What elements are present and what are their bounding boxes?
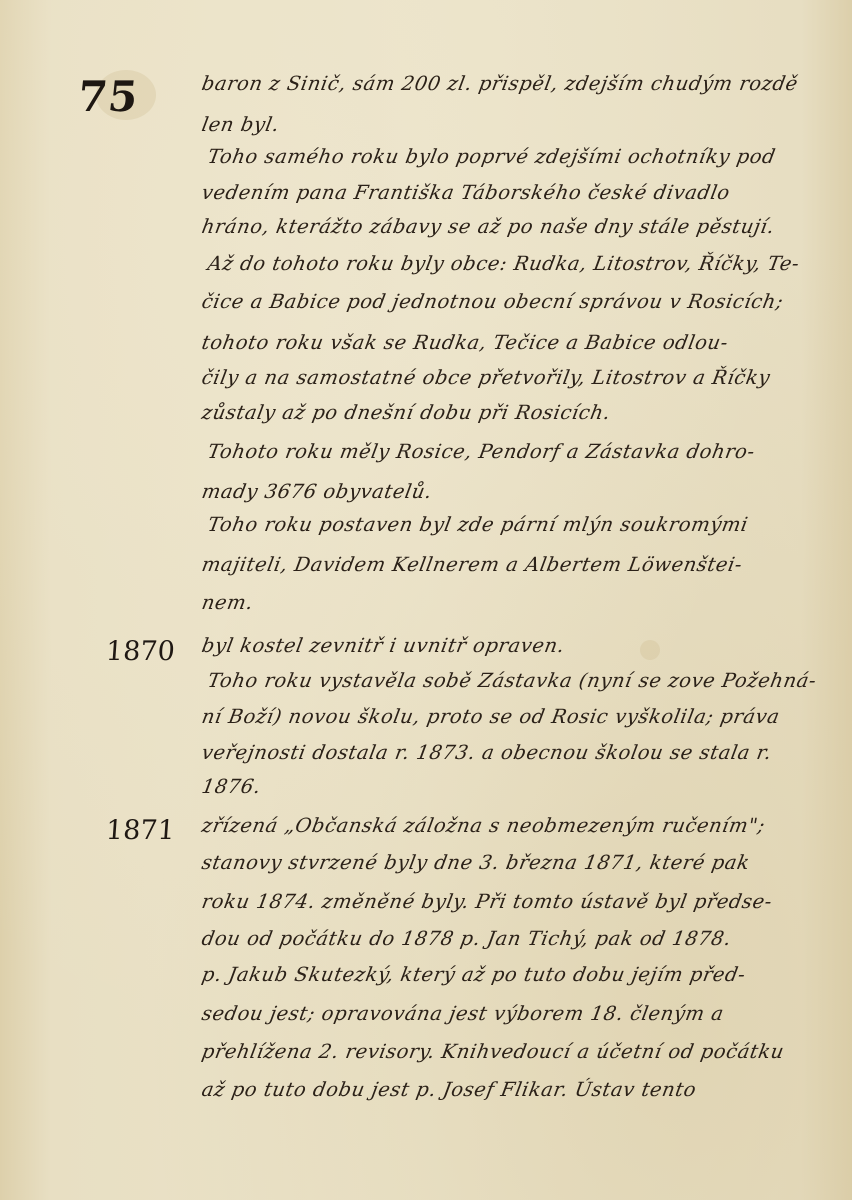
text-line: p. Jakub Skutezký, který až po tuto dobu… — [200, 963, 804, 986]
text-line: Toho roku vystavěla sobě Zástavka (nyní … — [206, 669, 810, 692]
text-line: vedením pana Františka Táborského české … — [200, 181, 804, 204]
text-line: sedou jest; opravována jest výborem 18. … — [200, 1002, 804, 1025]
text-line: Až do tohoto roku byly obce: Rudka, Lito… — [206, 252, 810, 275]
text-line: len byl. — [200, 113, 804, 136]
text-line: zůstaly až po dnešní dobu při Rosicích. — [200, 401, 804, 424]
text-line: baron z Sinič, sám 200 zl. přispěl, zdej… — [200, 72, 804, 95]
text-line: čily a na samostatné obce přetvořily, Li… — [200, 366, 804, 389]
text-line: dou od počátku do 1878 p. Jan Tichý, pak… — [200, 927, 804, 950]
text-line: byl kostel zevnitř i uvnitř opraven. — [200, 634, 804, 657]
manuscript-page: 75 baron z Sinič, sám 200 zl. přispěl, z… — [0, 0, 852, 1200]
text-line: Tohoto roku měly Rosice, Pendorf a Zásta… — [206, 440, 810, 463]
text-line: roku 1874. změněné byly. Při tomto ústav… — [200, 890, 804, 913]
text-line: veřejnosti dostala r. 1873. a obecnou šk… — [200, 741, 804, 764]
text-line: ní Boží) novou školu, proto se od Rosic … — [200, 705, 804, 728]
text-line: nem. — [200, 591, 804, 614]
text-line: přehlížena 2. revisory. Knihvedoucí a úč… — [200, 1040, 804, 1063]
text-line: tohoto roku však se Rudka, Tečice a Babi… — [200, 331, 804, 354]
page-number: 75 — [75, 72, 141, 121]
text-line: čice a Babice pod jednotnou obecní správ… — [200, 290, 804, 313]
year-marker: 1871 — [105, 815, 176, 846]
text-line: 1876. — [200, 775, 804, 798]
text-line: až po tuto dobu jest p. Josef Flikar. Ús… — [200, 1078, 804, 1101]
text-line: Toho samého roku bylo poprvé zdejšími oc… — [206, 145, 810, 168]
text-line: hráno, kterážto zábavy se až po naše dny… — [200, 215, 804, 238]
text-line: Toho roku postaven byl zde pární mlýn so… — [206, 513, 810, 536]
year-marker: 1870 — [105, 636, 176, 667]
text-line: stanovy stvrzené byly dne 3. března 1871… — [200, 851, 804, 874]
text-line: majiteli, Davidem Kellnerem a Albertem L… — [200, 553, 804, 576]
text-line: zřízená „Občanská záložna s neobmezeným … — [200, 814, 804, 837]
text-line: mady 3676 obyvatelů. — [200, 480, 804, 503]
